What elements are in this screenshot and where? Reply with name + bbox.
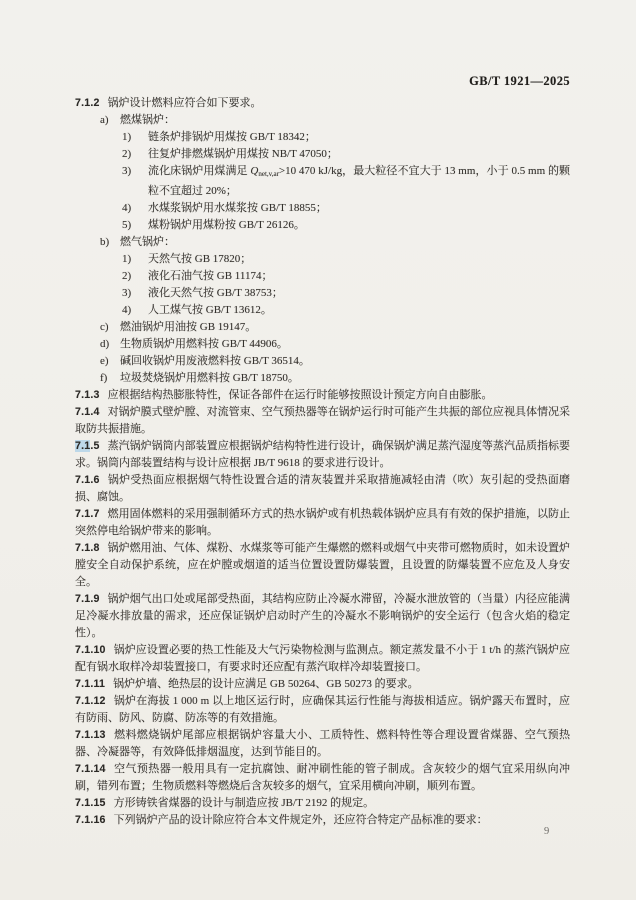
list-item-label: 1)	[122, 129, 148, 146]
list-item-3: 3)流化床锅炉用煤满足 Qnet,v,ar>10 470 kJ/kg，最大粒径不…	[75, 163, 570, 200]
list-item-3: 3)液化天然气按 GB/T 38753；	[75, 285, 570, 302]
list-item-label: c)	[100, 319, 120, 336]
clause-text: 垃圾焚烧锅炉用燃料按 GB/T 18750。	[120, 372, 299, 384]
clause-number: 7.1.15	[75, 797, 106, 809]
text-segment: 7.1.8	[75, 542, 100, 554]
clause-text: 燃气锅炉：	[120, 236, 175, 248]
text-segment: 燃气锅炉：	[120, 236, 175, 248]
clause-7.1.5: 7.1.5蒸汽锅炉锅筒内部装置应根据锅炉结构特性进行设计，确保锅炉满足蒸汽湿度等…	[75, 438, 570, 472]
list-item-c: c)燃油锅炉用油按 GB 19147。	[75, 319, 570, 336]
clause-number: 7.1.2	[75, 97, 100, 109]
text-segment: 7.1.16	[75, 814, 106, 826]
text-segment: 7.1.13	[75, 729, 106, 741]
clause-number: 7.1.10	[75, 644, 106, 656]
text-segment: 锅炉燃用油、气体、煤粉、水煤浆等可能产生爆燃的燃料或烟气中夹带可燃物质时，如未设…	[75, 542, 570, 588]
standard-number-header: GB/T 1921—2025	[469, 74, 570, 89]
clause-number: 7.1.6	[75, 474, 100, 486]
text-segment: 往复炉排燃煤锅炉用煤按 NB/T 47050；	[148, 148, 338, 160]
clause-text: 锅炉设计燃料应符合如下要求。	[108, 97, 262, 109]
clause-number: 7.1.4	[75, 406, 100, 418]
scanned-document-page: GB/T 1921—2025 7.1.2锅炉设计燃料应符合如下要求。a)燃煤锅炉…	[0, 0, 636, 900]
list-item-label: d)	[100, 336, 120, 353]
text-segment: 燃煤锅炉：	[120, 114, 175, 126]
list-item-b: b)燃气锅炉：	[75, 234, 570, 251]
clause-7.1.11: 7.1.11锅炉炉墙、绝热层的设计应满足 GB 50264、GB 50273 的…	[75, 676, 570, 693]
clause-number: 7.1.9	[75, 593, 100, 605]
text-segment: .5	[90, 440, 99, 452]
clause-number: 7.1.3	[75, 389, 100, 401]
clause-text: 碱回收锅炉用废液燃料按 GB/T 36514。	[120, 355, 310, 367]
clause-text: 锅炉炉墙、绝热层的设计应满足 GB 50264、GB 50273 的要求。	[113, 678, 419, 690]
list-item-4: 4)水煤浆锅炉用水煤浆按 GB/T 18855；	[75, 200, 570, 217]
clause-text: 锅炉在海拔 1 000 m 以上地区运行时，应确保其运行性能与海拔相适应。锅炉露…	[75, 695, 570, 724]
text-segment: 流化床锅炉用煤满足	[148, 165, 250, 177]
clause-text: 链条炉排锅炉用煤按 GB/T 18342；	[148, 131, 316, 143]
clause-number: 7.1.8	[75, 542, 100, 554]
text-segment: 碱回收锅炉用废液燃料按 GB/T 36514。	[120, 355, 310, 367]
list-item-label: a)	[100, 112, 120, 129]
clause-text: 空气预热器一般用具有一定抗腐蚀、耐冲刷性能的管子制成。含灰较少的烟气宜采用纵向冲…	[75, 763, 570, 792]
text-segment: 空气预热器一般用具有一定抗腐蚀、耐冲刷性能的管子制成。含灰较少的烟气宜采用纵向冲…	[75, 763, 570, 792]
text-segment: 燃用固体燃料的采用强制循环方式的热水锅炉或有机热载体锅炉应具有有效的保护措施，以…	[75, 508, 570, 537]
text-segment: 生物质锅炉用燃料按 GB/T 44906。	[120, 338, 288, 350]
clause-text: 水煤浆锅炉用水煤浆按 GB/T 18855；	[148, 202, 327, 214]
list-item-label: 5)	[122, 217, 148, 234]
list-item-label: 4)	[122, 302, 148, 319]
text-segment: 7.1.3	[75, 389, 100, 401]
list-item-1: 1)天然气按 GB 17820；	[75, 251, 570, 268]
clause-number: 7.1.13	[75, 729, 106, 741]
list-item-a: a)燃煤锅炉：	[75, 112, 570, 129]
text-segment: 7.1.14	[75, 763, 106, 775]
clause-text: 锅炉烟气出口处或尾部受热面，其结构应防止冷凝水滞留，冷凝水泄放管的（当量）内径应…	[75, 593, 570, 639]
clause-7.1.8: 7.1.8锅炉燃用油、气体、煤粉、水煤浆等可能产生爆燃的燃料或烟气中夹带可燃物质…	[75, 540, 570, 591]
text-segment: 对锅炉膜式壁炉膛、对流管束、空气预热器等在锅炉运行时可能产生共振的部位应视具体情…	[75, 406, 570, 435]
clause-text: 人工煤气按 GB/T 13612。	[148, 304, 272, 316]
list-item-label: e)	[100, 353, 120, 370]
clause-7.1.3: 7.1.3应根据结构热膨胀特性，保证各部件在运行时能够按照设计预定方向自由膨胀。	[75, 387, 570, 404]
text-segment: 蒸汽锅炉锅筒内部装置应根据锅炉结构特性进行设计，确保锅炉满足蒸汽湿度等蒸汽品质指…	[75, 440, 570, 469]
text-segment: 锅炉应设置必要的热工性能及大气污染物检测与监测点。额定蒸发量不小于 1 t/h …	[75, 644, 570, 673]
text-segment: 7.1.6	[75, 474, 100, 486]
text-segment: 锅炉烟气出口处或尾部受热面，其结构应防止冷凝水滞留，冷凝水泄放管的（当量）内径应…	[75, 593, 570, 639]
list-item-label: b)	[100, 234, 120, 251]
clause-7.1.15: 7.1.15方形铸铁省煤器的设计与制造应按 JB/T 2192 的规定。	[75, 795, 570, 812]
text-segment: 7.1.10	[75, 644, 106, 656]
clause-text: 锅炉受热面应根据烟气特性设置合适的清灰装置并采取措施减轻由清（吹）灰引起的受热面…	[75, 474, 570, 503]
list-item-label: 2)	[122, 268, 148, 285]
list-item-d: d)生物质锅炉用燃料按 GB/T 44906。	[75, 336, 570, 353]
clause-number: 7.1.12	[75, 695, 106, 707]
text-segment: 锅炉炉墙、绝热层的设计应满足 GB 50264、GB 50273 的要求。	[113, 678, 419, 690]
clause-text: 生物质锅炉用燃料按 GB/T 44906。	[120, 338, 288, 350]
clause-text: 燃油锅炉用油按 GB 19147。	[120, 321, 256, 333]
clause-text: 对锅炉膜式壁炉膛、对流管束、空气预热器等在锅炉运行时可能产生共振的部位应视具体情…	[75, 406, 570, 435]
list-item-label: f)	[100, 370, 120, 387]
text-segment: 垃圾焚烧锅炉用燃料按 GB/T 18750。	[120, 372, 299, 384]
list-item-5: 5)煤粉锅炉用煤粉按 GB/T 26126。	[75, 217, 570, 234]
clause-text: 流化床锅炉用煤满足 Qnet,v,ar>10 470 kJ/kg，最大粒径不宜大…	[148, 165, 570, 197]
text-segment: 应根据结构热膨胀特性，保证各部件在运行时能够按照设计预定方向自由膨胀。	[108, 389, 493, 401]
text-segment: 锅炉受热面应根据烟气特性设置合适的清灰装置并采取措施减轻由清（吹）灰引起的受热面…	[75, 474, 570, 503]
list-item-label: 3)	[122, 285, 148, 302]
clause-7.1.2: 7.1.2锅炉设计燃料应符合如下要求。	[75, 95, 570, 112]
clause-text: 燃料燃烧锅炉尾部应根据锅炉容量大小、工质特性、燃料特性等合理设置省煤器、空气预热…	[75, 729, 570, 758]
clause-number: 7.1.11	[75, 678, 105, 690]
clause-text: 液化石油气按 GB 11174；	[148, 270, 272, 282]
text-segment: 方形铸铁省煤器的设计与制造应按 JB/T 2192 的规定。	[114, 797, 374, 809]
list-item-4: 4)人工煤气按 GB/T 13612。	[75, 302, 570, 319]
text-segment: 链条炉排锅炉用煤按 GB/T 18342；	[148, 131, 316, 143]
text-segment: 7.1.11	[75, 678, 105, 690]
clause-number: 7.1.14	[75, 763, 106, 775]
clause-7.1.16: 7.1.16下列锅炉产品的设计除应符合本文件规定外，还应符合特定产品标准的要求：	[75, 812, 570, 829]
clause-text: 天然气按 GB 17820；	[148, 253, 251, 265]
clause-text: 方形铸铁省煤器的设计与制造应按 JB/T 2192 的规定。	[114, 797, 374, 809]
clause-7.1.4: 7.1.4对锅炉膜式壁炉膛、对流管束、空气预热器等在锅炉运行时可能产生共振的部位…	[75, 404, 570, 438]
text-segment: 下列锅炉产品的设计除应符合本文件规定外，还应符合特定产品标准的要求：	[114, 814, 488, 826]
clause-7.1.10: 7.1.10锅炉应设置必要的热工性能及大气污染物检测与监测点。额定蒸发量不小于 …	[75, 642, 570, 676]
text-segment: 燃料燃烧锅炉尾部应根据锅炉容量大小、工质特性、燃料特性等合理设置省煤器、空气预热…	[75, 729, 570, 758]
text-segment: 7.1.15	[75, 797, 106, 809]
text-segment: 液化天然气按 GB/T 38753；	[148, 287, 283, 299]
text-segment: net,v,ar	[258, 170, 279, 178]
list-item-label: 3)	[122, 163, 148, 180]
clause-7.1.6: 7.1.6锅炉受热面应根据烟气特性设置合适的清灰装置并采取措施减轻由清（吹）灰引…	[75, 472, 570, 506]
text-segment: 燃油锅炉用油按 GB 19147。	[120, 321, 256, 333]
clause-text: 下列锅炉产品的设计除应符合本文件规定外，还应符合特定产品标准的要求：	[114, 814, 488, 826]
clause-text: 往复炉排燃煤锅炉用煤按 NB/T 47050；	[148, 148, 338, 160]
clause-text: 锅炉应设置必要的热工性能及大气污染物检测与监测点。额定蒸发量不小于 1 t/h …	[75, 644, 570, 673]
page-number: 9	[544, 826, 549, 837]
clause-7.1.9: 7.1.9锅炉烟气出口处或尾部受热面，其结构应防止冷凝水滞留，冷凝水泄放管的（当…	[75, 591, 570, 642]
list-item-2: 2)液化石油气按 GB 11174；	[75, 268, 570, 285]
highlighted-text: 7.1	[75, 440, 90, 452]
document-body: 7.1.2锅炉设计燃料应符合如下要求。a)燃煤锅炉：1)链条炉排锅炉用煤按 GB…	[75, 95, 570, 829]
clause-text: 液化天然气按 GB/T 38753；	[148, 287, 283, 299]
clause-text: 应根据结构热膨胀特性，保证各部件在运行时能够按照设计预定方向自由膨胀。	[108, 389, 493, 401]
clause-text: 煤粉锅炉用煤粉按 GB/T 26126。	[148, 219, 305, 231]
clause-text: 锅炉燃用油、气体、煤粉、水煤浆等可能产生爆燃的燃料或烟气中夹带可燃物质时，如未设…	[75, 542, 570, 588]
clause-7.1.12: 7.1.12锅炉在海拔 1 000 m 以上地区运行时，应确保其运行性能与海拔相…	[75, 693, 570, 727]
clause-7.1.14: 7.1.14空气预热器一般用具有一定抗腐蚀、耐冲刷性能的管子制成。含灰较少的烟气…	[75, 761, 570, 795]
text-segment: 液化石油气按 GB 11174；	[148, 270, 272, 282]
text-segment: 锅炉设计燃料应符合如下要求。	[108, 97, 262, 109]
clause-number: 7.1.16	[75, 814, 106, 826]
text-segment: 7.1.12	[75, 695, 106, 707]
clause-number: 7.1.7	[75, 508, 100, 520]
list-item-label: 1)	[122, 251, 148, 268]
text-segment: 7.1.9	[75, 593, 100, 605]
list-item-2: 2)往复炉排燃煤锅炉用煤按 NB/T 47050；	[75, 146, 570, 163]
list-item-label: 4)	[122, 200, 148, 217]
list-item-e: e)碱回收锅炉用废液燃料按 GB/T 36514。	[75, 353, 570, 370]
list-item-label: 2)	[122, 146, 148, 163]
clause-number: 7.1.5	[75, 440, 100, 452]
list-item-f: f)垃圾焚烧锅炉用燃料按 GB/T 18750。	[75, 370, 570, 387]
text-segment: 7.1.2	[75, 97, 100, 109]
list-item-1: 1)链条炉排锅炉用煤按 GB/T 18342；	[75, 129, 570, 146]
text-segment: 7.1.7	[75, 508, 100, 520]
text-segment: 水煤浆锅炉用水煤浆按 GB/T 18855；	[148, 202, 327, 214]
text-segment: 煤粉锅炉用煤粉按 GB/T 26126。	[148, 219, 305, 231]
clause-text: 燃用固体燃料的采用强制循环方式的热水锅炉或有机热载体锅炉应具有有效的保护措施，以…	[75, 508, 570, 537]
text-segment: 人工煤气按 GB/T 13612。	[148, 304, 272, 316]
clause-7.1.7: 7.1.7燃用固体燃料的采用强制循环方式的热水锅炉或有机热载体锅炉应具有有效的保…	[75, 506, 570, 540]
clause-7.1.13: 7.1.13燃料燃烧锅炉尾部应根据锅炉容量大小、工质特性、燃料特性等合理设置省煤…	[75, 727, 570, 761]
clause-text: 蒸汽锅炉锅筒内部装置应根据锅炉结构特性进行设计，确保锅炉满足蒸汽湿度等蒸汽品质指…	[75, 440, 570, 469]
text-segment: 7.1.4	[75, 406, 100, 418]
text-segment: 锅炉在海拔 1 000 m 以上地区运行时，应确保其运行性能与海拔相适应。锅炉露…	[75, 695, 570, 724]
clause-text: 燃煤锅炉：	[120, 114, 175, 126]
text-segment: 天然气按 GB 17820；	[148, 253, 251, 265]
